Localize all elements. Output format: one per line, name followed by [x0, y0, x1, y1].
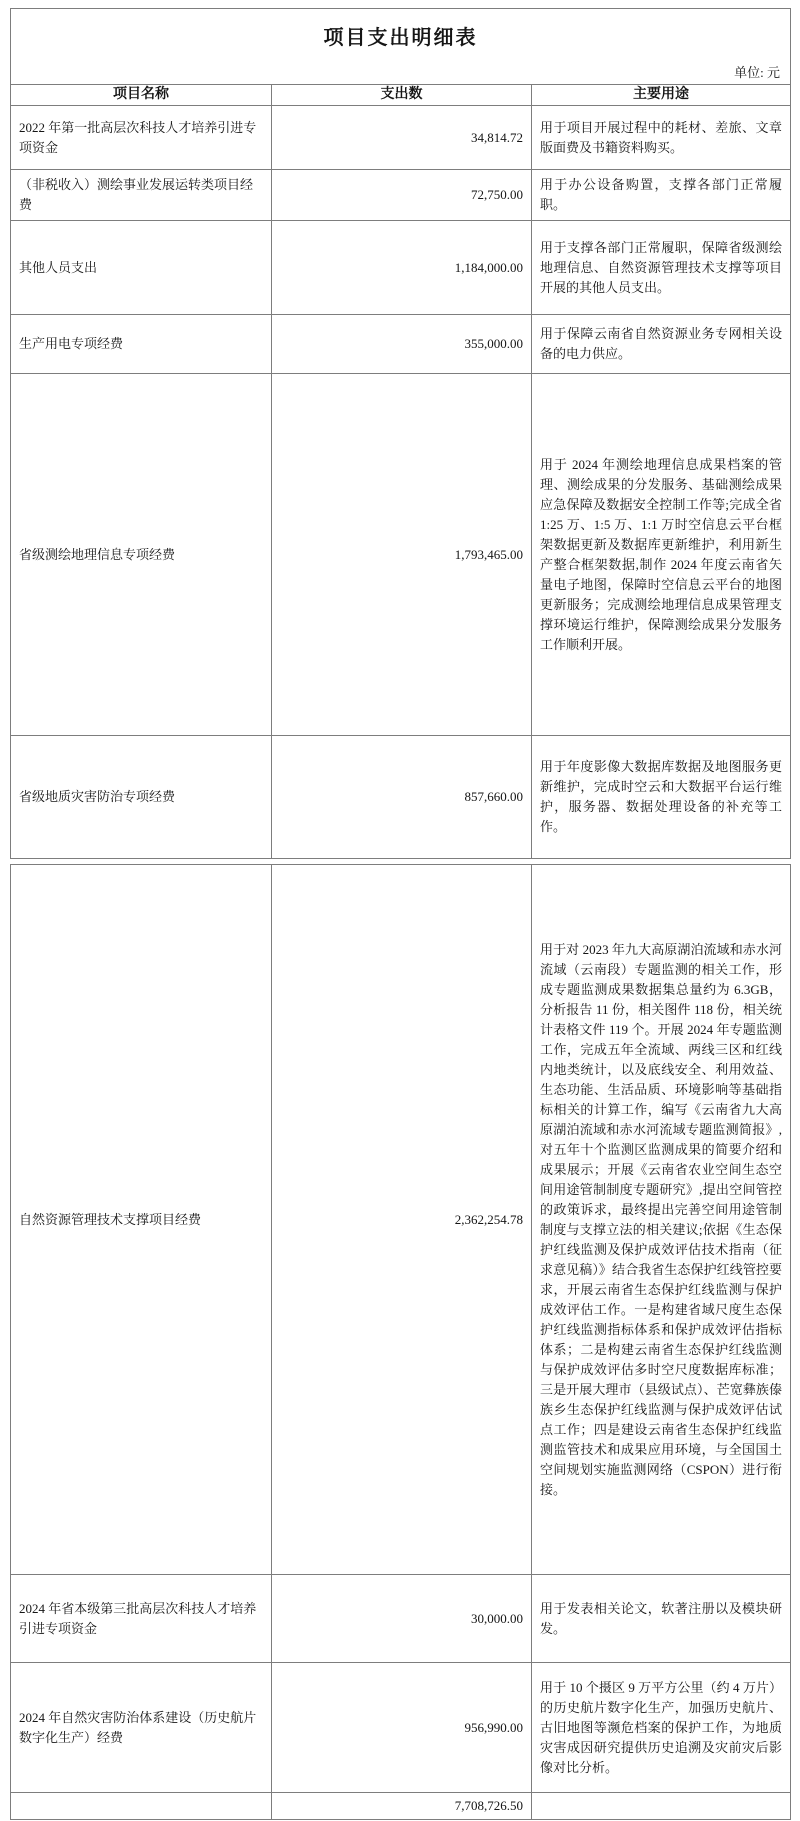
- project-name-cell: 生产用电专项经费: [11, 315, 272, 374]
- table-row: 2024 年自然灾害防治体系建设（历史航片数字化生产）经费956,990.00用…: [11, 1663, 791, 1793]
- purpose-cell: 用于 2024 年测绘地理信息成果档案的管理、测绘成果的分发服务、基础测绘成果应…: [532, 374, 791, 736]
- amount-cell: 2,362,254.78: [272, 865, 532, 1575]
- unit-label: 单位: 元: [19, 62, 782, 84]
- purpose-cell: 用于保障云南省自然资源业务专网相关设备的电力供应。: [532, 315, 791, 374]
- amount-cell: 857,660.00: [272, 736, 532, 859]
- expenditure-table-part2: 自然资源管理技术支撑项目经费2,362,254.78用于对 2023 年九大高原…: [10, 864, 791, 1820]
- column-header-expenditure: 支出数: [272, 85, 532, 106]
- table-row: 生产用电专项经费355,000.00用于保障云南省自然资源业务专网相关设备的电力…: [11, 315, 791, 374]
- total-name-cell: [11, 1793, 272, 1820]
- project-name-cell: 其他人员支出: [11, 221, 272, 315]
- amount-cell: 1,793,465.00: [272, 374, 532, 736]
- amount-cell: 72,750.00: [272, 170, 532, 221]
- table-row: 省级地质灾害防治专项经费857,660.00用于年度影像大数据库数据及地图服务更…: [11, 736, 791, 859]
- expenditure-detail-document: 项目支出明细表 单位: 元 项目名称 支出数 主要用途 2022 年第一批高层次…: [10, 8, 791, 1820]
- project-name-cell: 自然资源管理技术支撑项目经费: [11, 865, 272, 1575]
- purpose-cell: 用于对 2023 年九大高原湖泊流域和赤水河流域（云南段）专题监测的相关工作，形…: [532, 865, 791, 1575]
- table-row: 其他人员支出1,184,000.00用于支撑各部门正常履职，保障省级测绘地理信息…: [11, 221, 791, 315]
- page-title: 项目支出明细表: [19, 13, 782, 62]
- amount-cell: 34,814.72: [272, 106, 532, 170]
- total-amount: 7,708,726.50: [272, 1793, 532, 1820]
- project-name-cell: （非税收入）测绘事业发展运转类项目经费: [11, 170, 272, 221]
- amount-cell: 956,990.00: [272, 1663, 532, 1793]
- purpose-cell: 用于项目开展过程中的耗材、差旅、文章版面费及书籍资料购买。: [532, 106, 791, 170]
- purpose-cell: 用于支撑各部门正常履职，保障省级测绘地理信息、自然资源管理技术支撑等项目开展的其…: [532, 221, 791, 315]
- expenditure-table-part1: 项目名称 支出数 主要用途 2022 年第一批高层次科技人才培养引进专项资金34…: [10, 84, 791, 859]
- purpose-cell: 用于办公设备购置，支撑各部门正常履职。: [532, 170, 791, 221]
- column-header-project-name: 项目名称: [11, 85, 272, 106]
- table-header: 项目名称 支出数 主要用途: [11, 85, 791, 106]
- table-row: 省级测绘地理信息专项经费1,793,465.00用于 2024 年测绘地理信息成…: [11, 374, 791, 736]
- amount-cell: 1,184,000.00: [272, 221, 532, 315]
- project-name-cell: 2024 年自然灾害防治体系建设（历史航片数字化生产）经费: [11, 1663, 272, 1793]
- title-box: 项目支出明细表 单位: 元: [10, 8, 791, 84]
- column-header-main-purpose: 主要用途: [532, 85, 791, 106]
- page: 项目支出明细表 单位: 元 项目名称 支出数 主要用途 2022 年第一批高层次…: [0, 0, 800, 1821]
- project-name-cell: 省级地质灾害防治专项经费: [11, 736, 272, 859]
- total-purpose-cell: [532, 1793, 791, 1820]
- purpose-cell: 用于发表相关论文，软著注册以及模块研发。: [532, 1575, 791, 1663]
- project-name-cell: 2024 年省本级第三批高层次科技人才培养引进专项资金: [11, 1575, 272, 1663]
- table-row: 自然资源管理技术支撑项目经费2,362,254.78用于对 2023 年九大高原…: [11, 865, 791, 1575]
- amount-cell: 30,000.00: [272, 1575, 532, 1663]
- purpose-cell: 用于 10 个摄区 9 万平方公里（约 4 万片）的历史航片数字化生产，加强历史…: [532, 1663, 791, 1793]
- table-row: 2024 年省本级第三批高层次科技人才培养引进专项资金30,000.00用于发表…: [11, 1575, 791, 1663]
- table-row: 2022 年第一批高层次科技人才培养引进专项资金34,814.72用于项目开展过…: [11, 106, 791, 170]
- header-row: 项目名称 支出数 主要用途: [11, 85, 791, 106]
- purpose-cell: 用于年度影像大数据库数据及地图服务更新维护，完成时空云和大数据平台运行维护，服务…: [532, 736, 791, 859]
- total-row: 7,708,726.50: [11, 1793, 791, 1820]
- amount-cell: 355,000.00: [272, 315, 532, 374]
- table-row: （非税收入）测绘事业发展运转类项目经费72,750.00用于办公设备购置，支撑各…: [11, 170, 791, 221]
- project-name-cell: 2022 年第一批高层次科技人才培养引进专项资金: [11, 106, 272, 170]
- project-name-cell: 省级测绘地理信息专项经费: [11, 374, 272, 736]
